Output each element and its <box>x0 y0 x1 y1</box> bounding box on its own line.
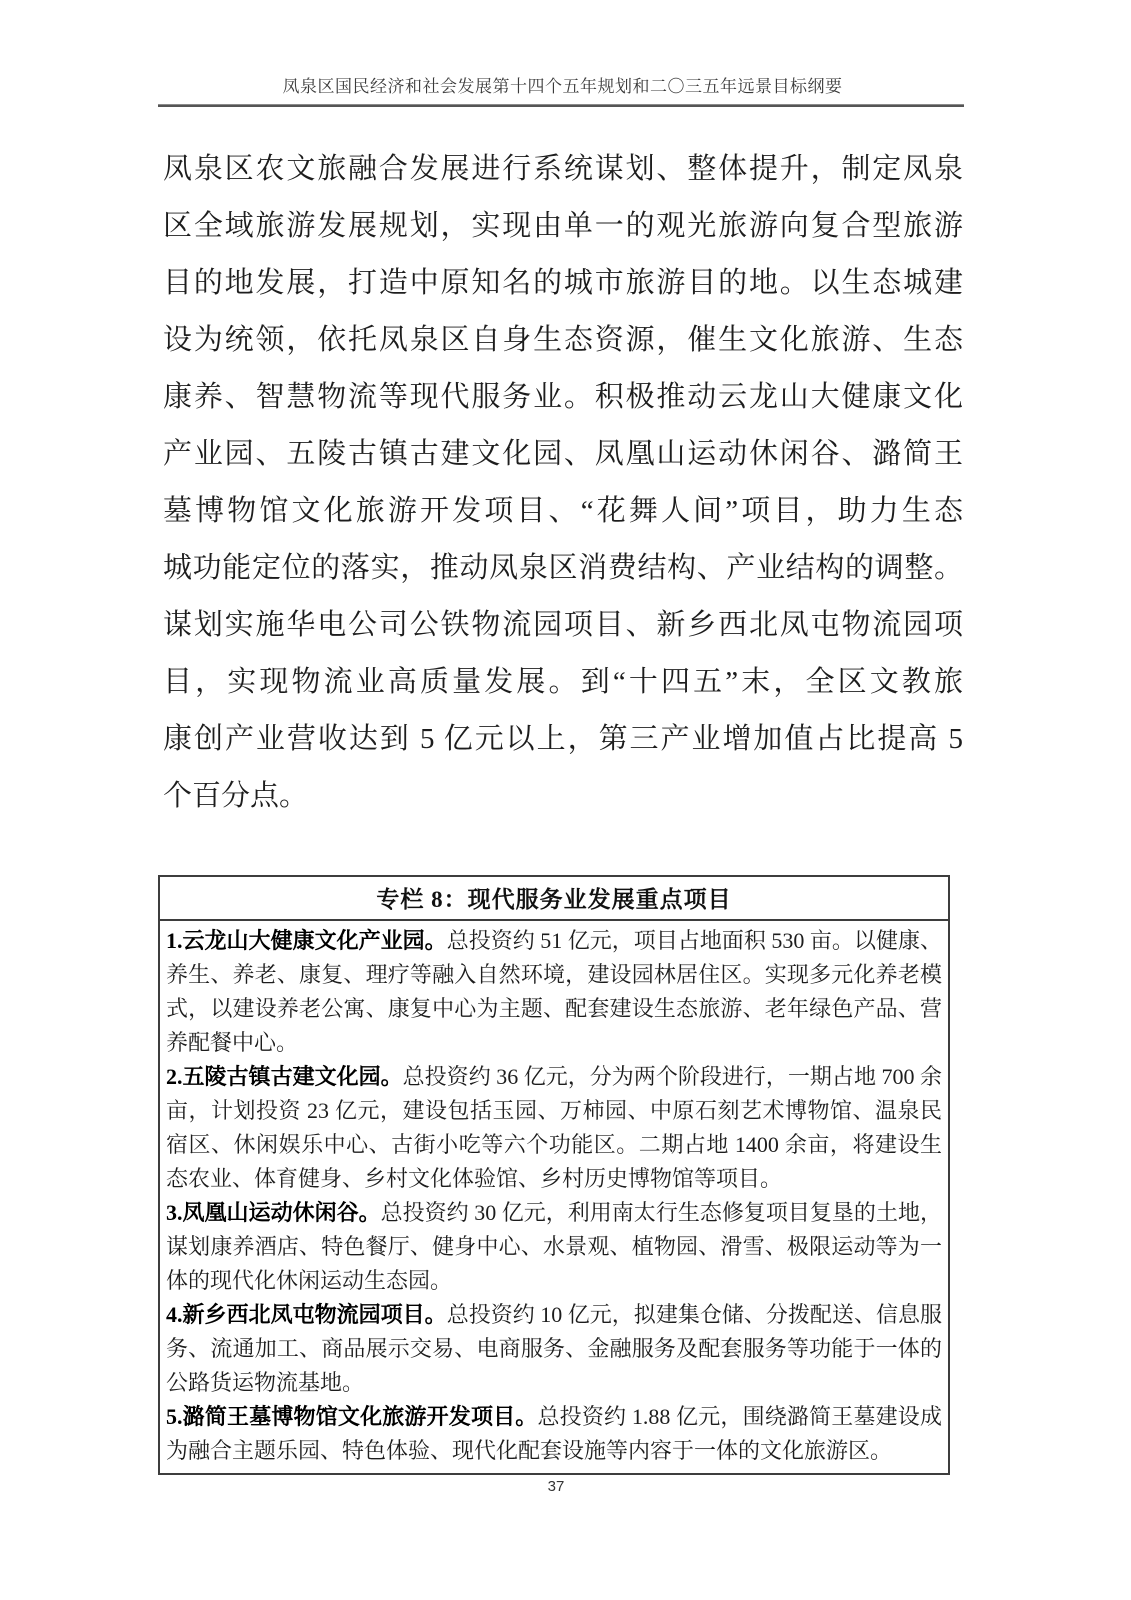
paragraph-line: 产业园、五陵古镇古建文化园、凤凰山运动休闲谷、潞简王 <box>163 426 963 483</box>
paragraph-line: 设为统领，依托凤泉区自身生态资源，催生文化旅游、生态 <box>163 312 963 369</box>
paragraph-line: 凤泉区农文旅融合发展进行系统谋划、整体提升，制定凤泉 <box>163 141 963 198</box>
page-number: 37 <box>160 1478 952 1495</box>
project-item-name: 2.五陵古镇古建文化园。 <box>166 1064 403 1089</box>
paragraph-line: 区全域旅游发展规划，实现由单一的观光旅游向复合型旅游 <box>163 198 963 255</box>
paragraph-line: 个百分点。 <box>163 768 963 825</box>
paragraph-line: 康养、智慧物流等现代服务业。积极推动云龙山大健康文化 <box>163 369 963 426</box>
project-item-name: 3.凤凰山运动休闲谷。 <box>166 1200 381 1225</box>
project-item-name: 4.新乡西北凤屯物流园项目。 <box>166 1302 447 1327</box>
project-item: 1.云龙山大健康文化产业园。总投资约 51 亿元，项目占地面积 530 亩。以健… <box>166 924 942 1060</box>
special-column-box: 专栏 8：现代服务业发展重点项目 1.云龙山大健康文化产业园。总投资约 51 亿… <box>158 875 950 1475</box>
document-header-title: 凤泉区国民经济和社会发展第十四个五年规划和二〇三五年远景目标纲要 <box>160 72 965 97</box>
header-divider-rule <box>158 104 964 107</box>
paragraph-line: 康创产业营收达到 5 亿元以上，第三产业增加值占比提高 5 <box>163 711 963 768</box>
paragraph-line: 目的地发展，打造中原知名的城市旅游目的地。以生态城建 <box>163 255 963 312</box>
project-item-name: 1.云龙山大健康文化产业园。 <box>166 928 447 953</box>
paragraph-line: 目，实现物流业高质量发展。到“十四五”末，全区文教旅 <box>163 654 963 711</box>
project-item: 3.凤凰山运动休闲谷。总投资约 30 亿元，利用南太行生态修复项目复垦的土地，谋… <box>166 1196 942 1298</box>
main-paragraph: 凤泉区农文旅融合发展进行系统谋划、整体提升，制定凤泉 区全域旅游发展规划，实现由… <box>163 141 963 825</box>
paragraph-line: 城功能定位的落实，推动凤泉区消费结构、产业结构的调整。 <box>163 540 963 597</box>
project-item: 5.潞简王墓博物馆文化旅游开发项目。总投资约 1.88 亿元，围绕潞简王墓建设成… <box>166 1400 942 1468</box>
project-item-name: 5.潞简王墓博物馆文化旅游开发项目。 <box>166 1404 538 1429</box>
column-box-title: 专栏 8：现代服务业发展重点项目 <box>160 877 948 921</box>
project-item: 2.五陵古镇古建文化园。总投资约 36 亿元，分为两个阶段进行，一期占地 700… <box>166 1060 942 1196</box>
column-box-content: 1.云龙山大健康文化产业园。总投资约 51 亿元，项目占地面积 530 亩。以健… <box>160 921 948 1473</box>
paragraph-line: 谋划实施华电公司公铁物流园项目、新乡西北凤屯物流园项 <box>163 597 963 654</box>
paragraph-line: 墓博物馆文化旅游开发项目、“花舞人间”项目，助力生态 <box>163 483 963 540</box>
project-item: 4.新乡西北凤屯物流园项目。总投资约 10 亿元，拟建集仓储、分拨配送、信息服务… <box>166 1298 942 1400</box>
